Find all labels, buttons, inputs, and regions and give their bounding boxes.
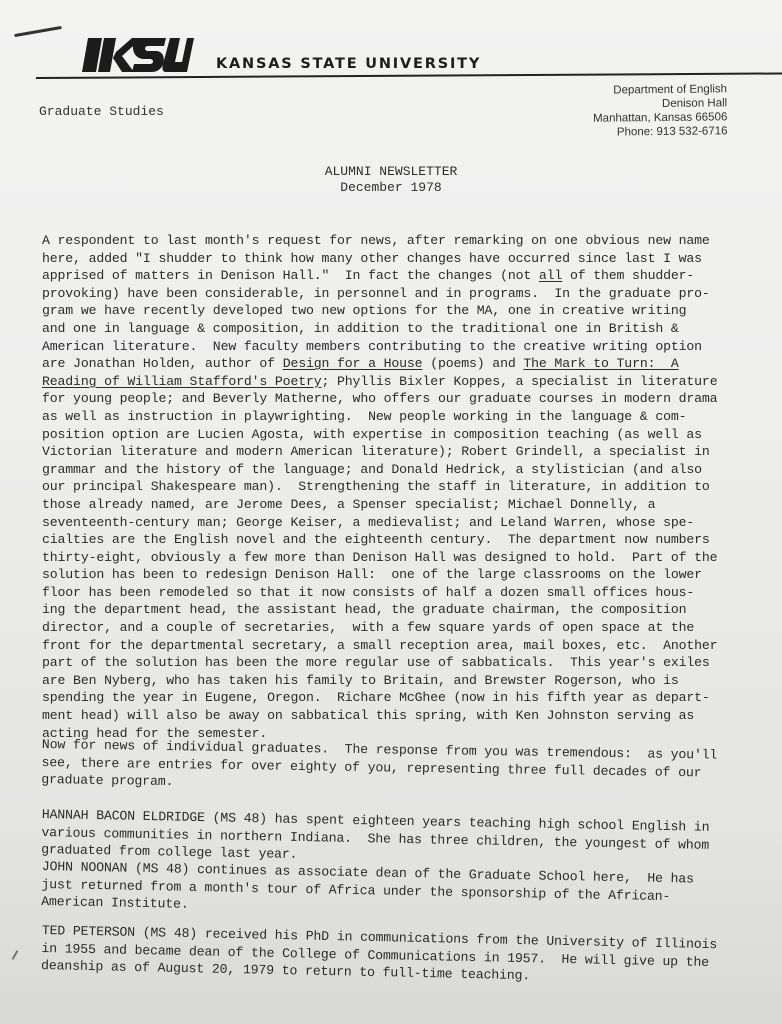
letterhead-rule [36,72,782,79]
underlined-title: Design for a House [283,356,423,371]
ksu-logo-icon [82,38,194,72]
text-line: spending the year in Eugene, Oregon. Ric… [42,689,717,707]
text-run: American Institute. [41,894,189,912]
text-line: ment head) will also be away on sabbatic… [42,707,717,725]
text-line: floor has been remodeled so that it now … [42,584,717,602]
text-run: thirty-eight, obviously a few more than … [42,550,717,565]
text-line: ing the department head, the assistant h… [42,601,717,619]
text-run: director, and a couple of secretaries, w… [42,620,694,635]
text-line: seventeenth-century man; George Keiser, … [42,514,717,532]
text-run: (poems) and [422,356,523,371]
text-run: and one in language & composition, in ad… [42,321,679,336]
text-line: gram we have recently developed two new … [42,302,717,320]
newsletter-date: December 1978 [0,180,782,196]
text-line: thirty-eight, obviously a few more than … [42,549,717,567]
text-line: front for the departmental secretary, a … [42,637,717,655]
text-run: floor has been remodeled so that it now … [42,585,694,600]
text-run: apprised of matters in Denison Hall." In… [42,268,539,283]
newsletter-title: ALUMNI NEWSLETTER [0,164,782,180]
text-run: seventeenth-century man; George Keiser, … [42,515,694,530]
text-line: Reading of William Stafford's Poetry; Ph… [42,373,717,391]
phone-line: Phone: 913 532-6716 [593,124,727,139]
text-run: American literature. New faculty members… [42,339,702,354]
text-run: for young people; and Beverly Matherne, … [42,391,717,406]
text-line: cialties are the English novel and the e… [42,531,717,549]
text-run: ment head) will also be away on sabbatic… [42,708,694,723]
alumni-entry-noonan: JOHN NOONAN (MS 48) continues as associa… [41,858,694,923]
text-line: and one in language & composition, in ad… [42,320,717,338]
address-line: Department of English [592,82,726,97]
text-run: A respondent to last month's request for… [42,233,710,248]
text-run: cialties are the English novel and the e… [42,532,710,547]
text-line: for young people; and Beverly Matherne, … [42,390,717,408]
text-line: American literature. New faculty members… [42,338,717,356]
text-run: are Jonathan Holden, author of [42,356,283,371]
text-line: grammar and the history of the language;… [42,461,717,479]
text-run: gram we have recently developed two new … [42,303,686,318]
graduates-intro-paragraph: Now for news of individual graduates. Th… [41,736,717,799]
text-run: solution has been to redesign Denison Ha… [42,567,702,582]
text-run: Victorian literature and modern American… [42,444,710,459]
text-run: part of the solution has been the more r… [42,655,710,670]
text-line: are Jonathan Holden, author of Design fo… [42,355,717,373]
text-run: here, added "I shudder to think how many… [42,251,702,266]
text-run: as well as instruction in playwrighting.… [42,409,686,424]
university-name: KANSAS STATE UNIVERSITY [216,56,481,72]
text-run: ing the department head, the assistant h… [42,602,686,617]
text-run: spending the year in Eugene, Oregon. Ric… [42,690,710,705]
text-line: those already named, are Jerome Dees, a … [42,496,717,514]
text-run: are Ben Nyberg, who has taken his family… [42,673,679,688]
underlined-title: The Mark to Turn: A [523,356,678,371]
intro-paragraph: A respondent to last month's request for… [42,232,717,742]
text-run: graduate program. [41,772,173,789]
newsletter-page: KANSAS STATE UNIVERSITY Graduate Studies… [0,0,782,1024]
text-line: Victorian literature and modern American… [42,443,717,461]
address-line: Denison Hall [593,96,727,111]
newsletter-heading: ALUMNI NEWSLETTER December 1978 [0,164,782,196]
text-run: front for the departmental secretary, a … [42,638,717,653]
text-run: grammar and the history of the language;… [42,462,702,477]
unit-name: Graduate Studies [39,104,164,119]
text-line: director, and a couple of secretaries, w… [42,619,717,637]
text-line: are Ben Nyberg, who has taken his family… [42,672,717,690]
text-line: position option are Lucien Agosta, with … [42,426,717,444]
address-line: Manhattan, Kansas 66506 [593,110,727,125]
margin-mark [12,950,19,960]
text-run: those already named, are Jerome Dees, a … [42,497,655,512]
text-line: A respondent to last month's request for… [42,232,717,250]
text-line: our principal Shakespeare man). Strength… [42,478,717,496]
text-line: solution has been to redesign Denison Ha… [42,566,717,584]
underlined-title: all [539,268,562,283]
text-run: of them shudder- [562,268,694,283]
text-run: our principal Shakespeare man). Strength… [42,479,710,494]
text-line: as well as instruction in playwrighting.… [42,408,717,426]
text-run: position option are Lucien Agosta, with … [42,427,702,442]
text-line: apprised of matters in Denison Hall." In… [42,267,717,285]
text-line: provoking) have been considerable, in pe… [42,285,717,303]
text-run: provoking) have been considerable, in pe… [42,286,710,301]
alumni-entry-peterson: TED PETERSON (MS 48) received his PhD in… [41,922,717,989]
underlined-title: Reading of William Stafford's Poetry [42,374,322,389]
text-run: ; Phyllis Bixler Koppes, a specialist in… [322,374,718,389]
text-line: here, added "I shudder to think how many… [42,250,717,268]
department-address: Department of English Denison Hall Manha… [592,82,727,139]
text-line: part of the solution has been the more r… [42,654,717,672]
pen-mark [14,26,62,37]
